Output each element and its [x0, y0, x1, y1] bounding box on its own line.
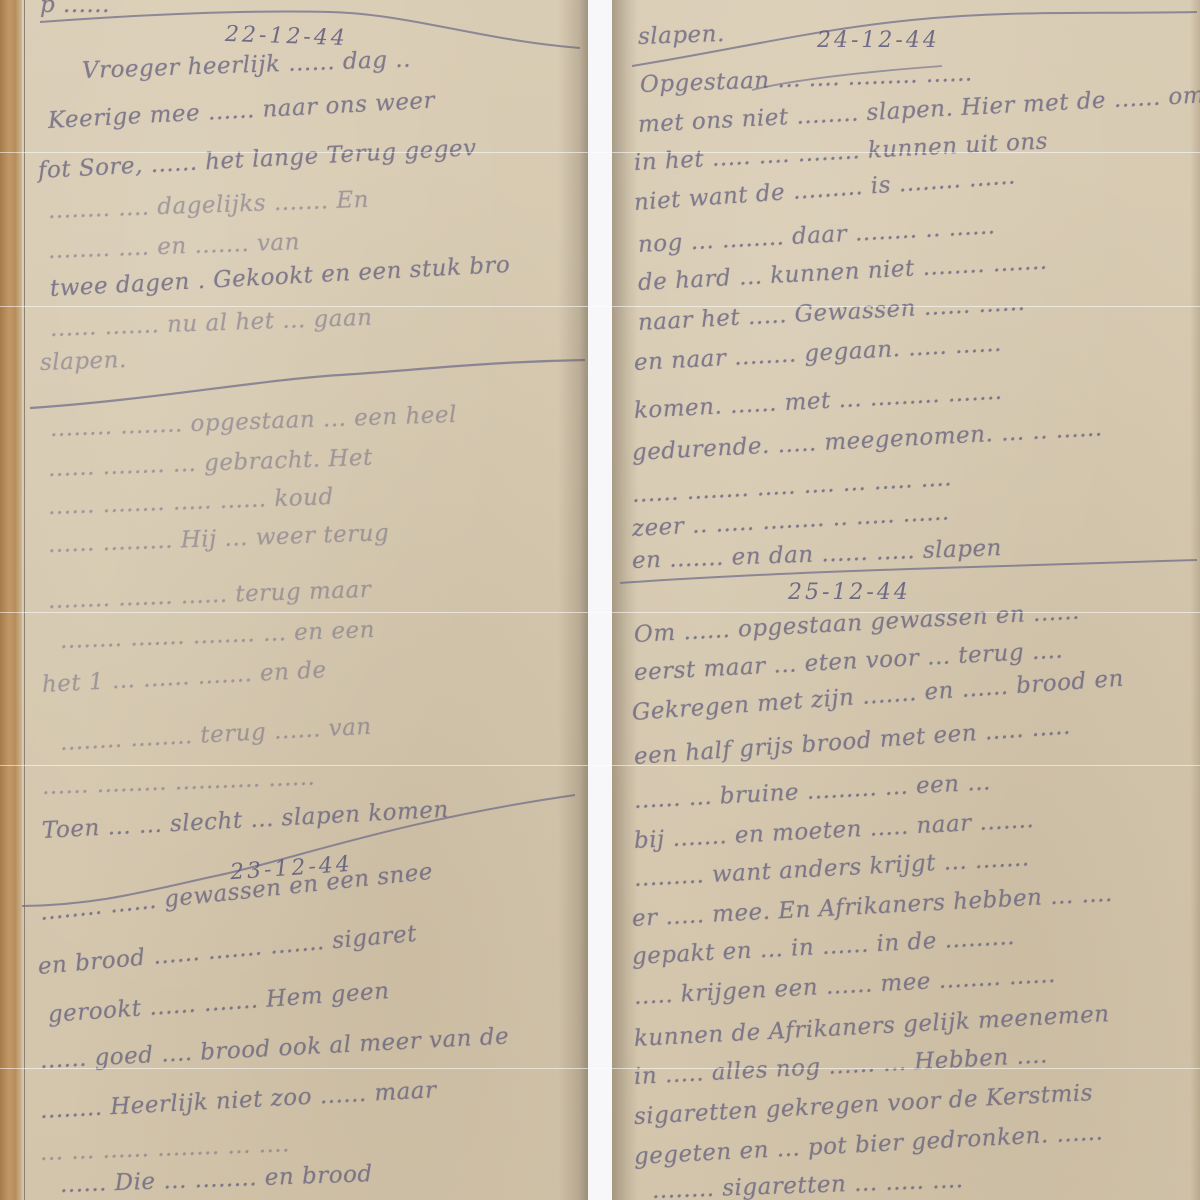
scan-artifact-line [0, 1068, 1200, 1069]
right-diary-page: slapen. 24-12-44 Opgestaan ... .... ....… [612, 0, 1200, 1200]
diary-line: slapen. [40, 347, 128, 376]
page-outer-edge [1190, 0, 1200, 1200]
scan-artifact-line [0, 306, 1200, 307]
entry-date: 24-12-44 [817, 28, 940, 53]
page-fragment-text: slapen. [638, 21, 726, 50]
left-diary-page: p ...... 22-12-44 Vroeger heerlijk .....… [0, 0, 588, 1200]
entry-date: 22-12-44 [225, 22, 349, 51]
page-gap [588, 0, 612, 1200]
page-gutter-shadow [558, 0, 588, 1200]
page-fragment-text: p ...... [40, 0, 110, 18]
entry-date: 25-12-44 [788, 580, 911, 605]
scan-artifact-line [0, 152, 1200, 153]
scan-artifact-line [0, 612, 1200, 613]
scan-artifact-line [0, 765, 1200, 766]
